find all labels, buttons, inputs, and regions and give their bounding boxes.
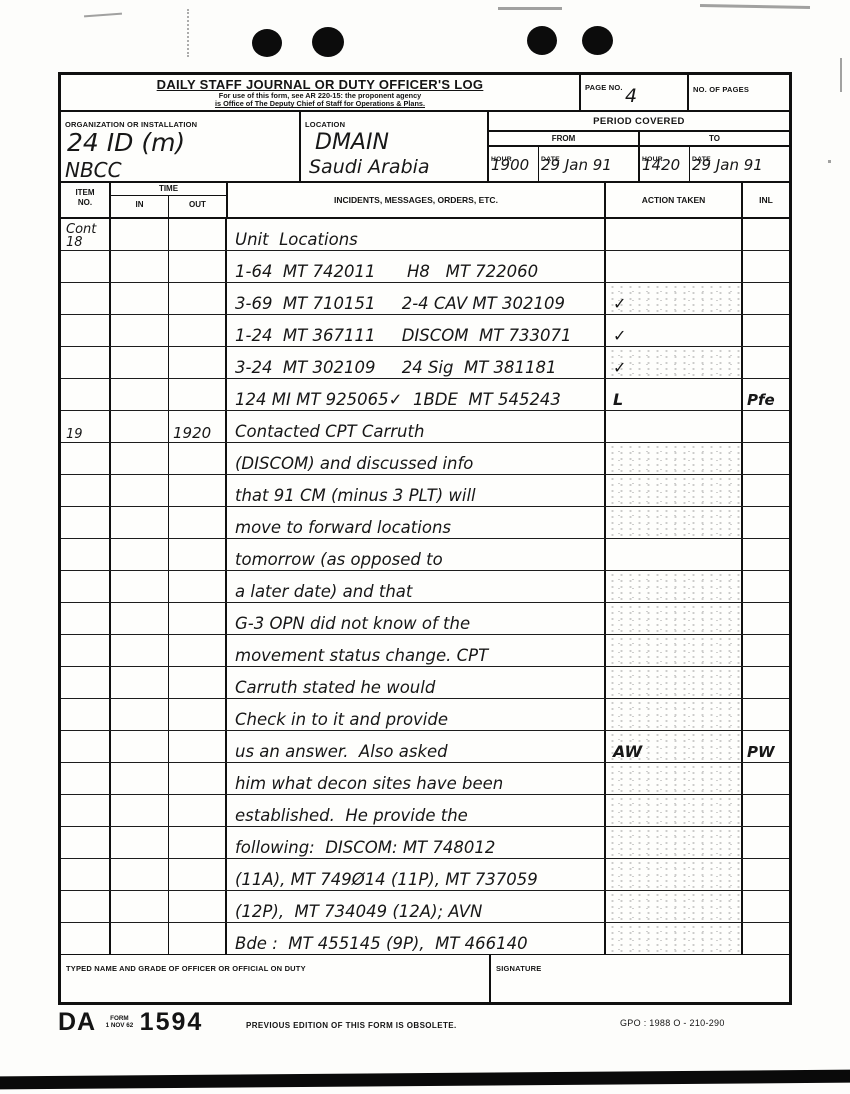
- action-taken-cell: L: [606, 379, 743, 410]
- time-out-cell: [169, 507, 227, 538]
- time-out-cell: [169, 443, 227, 474]
- incident-text-cell: that 91 CM (minus 3 PLT) will: [227, 475, 606, 506]
- time-in-cell: [111, 251, 169, 282]
- organization-value-line1: 24 ID (m): [67, 128, 185, 157]
- table-row: established. He provide the: [61, 795, 789, 827]
- incident-text-cell: Check in to it and provide: [227, 699, 606, 730]
- time-out-cell: [169, 603, 227, 634]
- time-out-cell: [169, 731, 227, 762]
- time-out-cell: [169, 891, 227, 922]
- punch-hole: [527, 26, 557, 55]
- item-no-cell: [61, 891, 111, 922]
- action-taken-cell: [606, 923, 743, 954]
- time-in-cell: [111, 571, 169, 602]
- item-no-cell: [61, 283, 111, 314]
- action-taken-cell: [606, 603, 743, 634]
- from-date-cell: DATE 29 Jan 91: [539, 147, 640, 181]
- initials-cell: [743, 539, 789, 570]
- to-date-cell: DATE 29 Jan 91: [690, 147, 789, 181]
- action-taken-cell: [606, 475, 743, 506]
- inl-header: INL: [743, 183, 789, 217]
- table-row: tomorrow (as opposed to: [61, 539, 789, 571]
- initials-cell: [743, 315, 789, 346]
- punch-hole: [312, 27, 344, 57]
- incident-text-cell: 1-64 MT 742011 H8 MT 722060: [227, 251, 606, 282]
- scan-artifact-band: [0, 1070, 850, 1090]
- initials-cell: [743, 763, 789, 794]
- table-row: Cont 18 Unit Locations: [61, 219, 789, 251]
- incident-text-cell: G-3 OPN did not know of the: [227, 603, 606, 634]
- time-out-cell: [169, 475, 227, 506]
- item-no-cell: [61, 443, 111, 474]
- item-no-cell: [61, 379, 111, 410]
- table-row: that 91 CM (minus 3 PLT) will: [61, 475, 789, 507]
- time-in-cell: [111, 891, 169, 922]
- action-taken-header: ACTION TAKEN: [606, 183, 743, 217]
- item-no-cell: [61, 827, 111, 858]
- organization-cell: ORGANIZATION OR INSTALLATION 24 ID (m) N…: [61, 112, 301, 181]
- to-date-value: 29 Jan 91: [692, 156, 763, 174]
- form-footer: DA FORM 1 NOV 62 1594 PREVIOUS EDITION O…: [58, 1008, 792, 1042]
- form-number: 1594: [140, 1008, 204, 1037]
- time-out-cell: [169, 667, 227, 698]
- time-in-cell: [111, 635, 169, 666]
- incidents-header: INCIDENTS, MESSAGES, ORDERS, ETC.: [228, 183, 606, 217]
- organization-value-line2: NBCC: [65, 158, 122, 182]
- action-taken-cell: [606, 827, 743, 858]
- location-value-line1: DMAIN: [315, 130, 389, 155]
- form-title: DAILY STAFF JOURNAL OR DUTY OFFICER'S LO…: [61, 77, 579, 92]
- item-no-cell: [61, 859, 111, 890]
- punch-hole: [582, 26, 613, 55]
- location-label: LOCATION: [305, 120, 345, 129]
- gpo-note: GPO : 1988 O - 210-290: [620, 1018, 725, 1028]
- signature-label: SIGNATURE: [496, 964, 541, 973]
- action-taken-cell: ✓: [606, 315, 743, 346]
- initials-cell: [743, 827, 789, 858]
- incident-text-cell: (DISCOM) and discussed info: [227, 443, 606, 474]
- time-in-cell: [111, 475, 169, 506]
- item-no-cell: [61, 635, 111, 666]
- initials-cell: PW: [743, 731, 789, 762]
- time-in-cell: [111, 283, 169, 314]
- item-header-line2: NO.: [61, 198, 109, 208]
- action-taken-cell: [606, 763, 743, 794]
- action-taken-cell: [606, 507, 743, 538]
- table-row: 3-24 MT 302109 24 Sig MT 381181 ✓: [61, 347, 789, 379]
- page-no-cell: PAGE NO. 4: [581, 75, 689, 110]
- item-no-cell: [61, 315, 111, 346]
- no-of-pages-cell: NO. OF PAGES: [689, 75, 789, 110]
- initials-cell: [743, 923, 789, 954]
- location-cell: LOCATION DMAIN Saudi Arabia: [301, 112, 489, 181]
- time-out-cell: [169, 219, 227, 250]
- table-row: move to forward locations: [61, 507, 789, 539]
- table-row: (DISCOM) and discussed info: [61, 443, 789, 475]
- item-no-cell: [61, 507, 111, 538]
- time-in-cell: [111, 315, 169, 346]
- period-from-label: FROM: [489, 132, 640, 145]
- period-from-to-row: FROM TO: [489, 132, 789, 147]
- incident-text-cell: movement status change. CPT: [227, 635, 606, 666]
- time-in-cell: [111, 219, 169, 250]
- time-out-cell: [169, 571, 227, 602]
- table-row: following: DISCOM: MT 748012: [61, 827, 789, 859]
- initials-cell: [743, 571, 789, 602]
- initials-cell: [743, 699, 789, 730]
- initials-cell: [743, 891, 789, 922]
- incident-text-cell: 3-69 MT 710151 2-4 CAV MT 302109: [227, 283, 606, 314]
- form-date: 1 NOV 62: [106, 1022, 134, 1029]
- item-no-cell: [61, 667, 111, 698]
- action-taken-cell: [606, 699, 743, 730]
- action-taken-cell: AW: [606, 731, 743, 762]
- table-row: 19 1920 Contacted CPT Carruth: [61, 411, 789, 443]
- time-in-cell: [111, 699, 169, 730]
- time-out-cell: [169, 251, 227, 282]
- time-in-cell: [111, 443, 169, 474]
- time-out-cell: [169, 923, 227, 954]
- incident-text-cell: a later date) and that: [227, 571, 606, 602]
- typed-name-label: TYPED NAME AND GRADE OF OFFICER OR OFFIC…: [66, 964, 306, 973]
- table-row: Check in to it and provide: [61, 699, 789, 731]
- time-in-cell: [111, 923, 169, 954]
- time-out-cell: [169, 379, 227, 410]
- form-edition: FORM 1 NOV 62: [106, 1016, 134, 1030]
- action-taken-cell: [606, 667, 743, 698]
- no-of-pages-label: NO. OF PAGES: [693, 85, 749, 94]
- table-row: movement status change. CPT: [61, 635, 789, 667]
- initials-cell: [743, 603, 789, 634]
- signature-cell: SIGNATURE: [491, 955, 789, 1002]
- initials-cell: [743, 411, 789, 442]
- item-no-cell: [61, 731, 111, 762]
- log-entries-body: Cont 18 Unit Locations 1-64 MT 742011 H8…: [61, 219, 789, 954]
- from-date-value: 29 Jan 91: [541, 156, 612, 174]
- typed-name-cell: TYPED NAME AND GRADE OF OFFICER OR OFFIC…: [61, 955, 491, 1002]
- incident-text-cell: move to forward locations: [227, 507, 606, 538]
- action-taken-cell: [606, 635, 743, 666]
- period-covered-block: PERIOD COVERED FROM TO HOUR 1900 DATE 29…: [489, 112, 789, 181]
- time-header-label: TIME: [111, 183, 226, 196]
- table-row: (12P), MT 734049 (12A); AVN: [61, 891, 789, 923]
- time-in-cell: [111, 731, 169, 762]
- signature-row: TYPED NAME AND GRADE OF OFFICER OR OFFIC…: [61, 954, 789, 1002]
- incident-text-cell: Unit Locations: [227, 219, 606, 250]
- da-form-1594: DAILY STAFF JOURNAL OR DUTY OFFICER'S LO…: [58, 72, 792, 1005]
- period-to-label: TO: [640, 132, 789, 145]
- item-no-cell: [61, 795, 111, 826]
- initials-cell: [743, 347, 789, 378]
- action-taken-cell: [606, 795, 743, 826]
- initials-cell: [743, 251, 789, 282]
- incident-text-cell: him what decon sites have been: [227, 763, 606, 794]
- initials-cell: [743, 443, 789, 474]
- period-values-row: HOUR 1900 DATE 29 Jan 91 HOUR 1420 DATE …: [489, 147, 789, 181]
- item-no-cell: [61, 603, 111, 634]
- time-out-cell: [169, 635, 227, 666]
- time-out-cell: [169, 795, 227, 826]
- item-no-cell: [61, 251, 111, 282]
- page-no-value: 4: [625, 85, 637, 107]
- action-taken-cell: [606, 219, 743, 250]
- page-no-label: PAGE NO.: [585, 83, 623, 92]
- form-title-row: DAILY STAFF JOURNAL OR DUTY OFFICER'S LO…: [61, 75, 789, 112]
- to-hour-cell: HOUR 1420: [640, 147, 690, 181]
- da-prefix: DA: [58, 1008, 96, 1037]
- initials-cell: Pfe: [743, 379, 789, 410]
- time-out-cell: [169, 699, 227, 730]
- action-taken-cell: [606, 251, 743, 282]
- scanned-document-page: DAILY STAFF JOURNAL OR DUTY OFFICER'S LO…: [0, 0, 850, 1094]
- incident-text-cell: 1-24 MT 367111 DISCOM MT 733071: [227, 315, 606, 346]
- from-hour-cell: HOUR 1900: [489, 147, 539, 181]
- incident-text-cell: (12P), MT 734049 (12A); AVN: [227, 891, 606, 922]
- item-no-cell: [61, 923, 111, 954]
- time-out-cell: [169, 763, 227, 794]
- time-out-cell: [169, 283, 227, 314]
- action-taken-cell: [606, 571, 743, 602]
- form-info-row: ORGANIZATION OR INSTALLATION 24 ID (m) N…: [61, 112, 789, 183]
- time-in-cell: [111, 667, 169, 698]
- time-out-cell: 1920: [169, 411, 227, 442]
- obsolete-note: PREVIOUS EDITION OF THIS FORM IS OBSOLET…: [246, 1021, 457, 1030]
- from-hour-value: 1900: [491, 156, 529, 174]
- initials-cell: [743, 283, 789, 314]
- item-no-header: ITEM NO.: [61, 183, 111, 217]
- incident-text-cell: us an answer. Also asked: [227, 731, 606, 762]
- scan-speck: [187, 9, 189, 57]
- time-in-cell: [111, 379, 169, 410]
- action-taken-cell: ✓: [606, 347, 743, 378]
- item-no-cell: [61, 699, 111, 730]
- to-hour-value: 1420: [642, 156, 680, 174]
- item-no-cell: [61, 347, 111, 378]
- action-taken-cell: [606, 859, 743, 890]
- initials-cell: [743, 667, 789, 698]
- time-out-cell: [169, 539, 227, 570]
- action-taken-cell: [606, 411, 743, 442]
- item-no-cell: Cont 18: [61, 219, 111, 250]
- table-row: 1-24 MT 367111 DISCOM MT 733071 ✓: [61, 315, 789, 347]
- item-no-cell: [61, 475, 111, 506]
- scan-speck: [700, 4, 810, 9]
- scan-speck: [84, 13, 122, 18]
- incident-text-cell: established. He provide the: [227, 795, 606, 826]
- initials-cell: [743, 635, 789, 666]
- time-in-cell: [111, 859, 169, 890]
- form-title-block: DAILY STAFF JOURNAL OR DUTY OFFICER'S LO…: [61, 75, 581, 110]
- form-subtitle-line2: is Office of The Deputy Chief of Staff f…: [61, 100, 579, 108]
- scan-speck: [840, 58, 842, 92]
- item-no-cell: 19: [61, 411, 111, 442]
- time-header: TIME IN OUT: [111, 183, 228, 217]
- action-taken-cell: ✓: [606, 283, 743, 314]
- time-in-cell: [111, 507, 169, 538]
- time-in-cell: [111, 539, 169, 570]
- time-in-header: IN: [111, 196, 169, 217]
- table-row: 1-64 MT 742011 H8 MT 722060: [61, 251, 789, 283]
- incident-text-cell: Bde : MT 455145 (9P), MT 466140: [227, 923, 606, 954]
- table-row: a later date) and that: [61, 571, 789, 603]
- time-out-cell: [169, 315, 227, 346]
- table-row: 3-69 MT 710151 2-4 CAV MT 302109 ✓: [61, 283, 789, 315]
- initials-cell: [743, 859, 789, 890]
- initials-cell: [743, 795, 789, 826]
- table-row: (11A), MT 749Ø14 (11P), MT 737059: [61, 859, 789, 891]
- time-out-cell: [169, 347, 227, 378]
- item-header-line1: ITEM: [61, 188, 109, 198]
- table-row: G-3 OPN did not know of the: [61, 603, 789, 635]
- time-out-header: OUT: [169, 196, 226, 217]
- item-no-cell: [61, 763, 111, 794]
- initials-cell: [743, 219, 789, 250]
- incident-text-cell: 3-24 MT 302109 24 Sig MT 381181: [227, 347, 606, 378]
- time-in-cell: [111, 603, 169, 634]
- table-row: him what decon sites have been: [61, 763, 789, 795]
- time-out-cell: [169, 827, 227, 858]
- initials-cell: [743, 475, 789, 506]
- item-no-cell: [61, 539, 111, 570]
- time-in-cell: [111, 411, 169, 442]
- action-taken-cell: [606, 443, 743, 474]
- incident-text-cell: following: DISCOM: MT 748012: [227, 827, 606, 858]
- initials-cell: [743, 507, 789, 538]
- period-covered-label: PERIOD COVERED: [489, 112, 789, 132]
- scan-speck: [828, 160, 831, 163]
- table-row: us an answer. Also asked AW PW: [61, 731, 789, 763]
- table-header-row: ITEM NO. TIME IN OUT INCIDENTS, MESSAGES…: [61, 183, 789, 219]
- action-taken-cell: [606, 891, 743, 922]
- time-in-cell: [111, 827, 169, 858]
- incident-text-cell: Contacted CPT Carruth: [227, 411, 606, 442]
- scan-speck: [498, 7, 562, 10]
- time-in-cell: [111, 347, 169, 378]
- punch-hole: [252, 29, 282, 57]
- table-row: Bde : MT 455145 (9P), MT 466140: [61, 923, 789, 954]
- time-out-cell: [169, 859, 227, 890]
- time-in-cell: [111, 763, 169, 794]
- table-row: 124 MI MT 925065✓ 1BDE MT 545243 L Pfe: [61, 379, 789, 411]
- item-no-cell: [61, 571, 111, 602]
- incident-text-cell: tomorrow (as opposed to: [227, 539, 606, 570]
- table-row: Carruth stated he would: [61, 667, 789, 699]
- action-taken-cell: [606, 539, 743, 570]
- incident-text-cell: 124 MI MT 925065✓ 1BDE MT 545243: [227, 379, 606, 410]
- location-value-line2: Saudi Arabia: [309, 156, 430, 178]
- incident-text-cell: Carruth stated he would: [227, 667, 606, 698]
- incident-text-cell: (11A), MT 749Ø14 (11P), MT 737059: [227, 859, 606, 890]
- time-in-cell: [111, 795, 169, 826]
